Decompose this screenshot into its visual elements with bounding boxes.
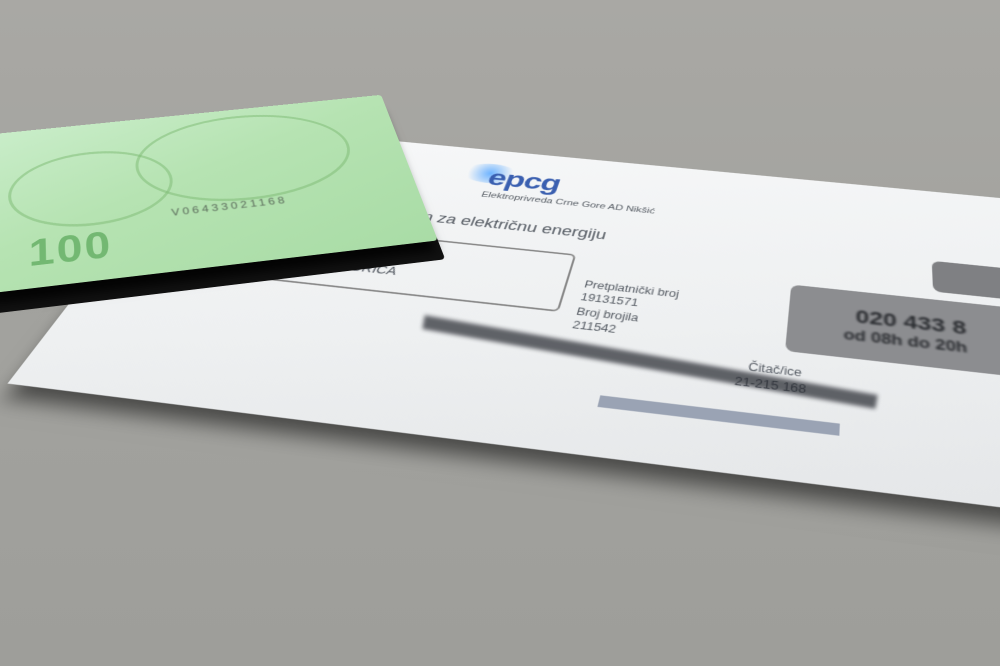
company-subtitle: Elektroprivreda Crne Gore AD Nikšić (480, 191, 656, 216)
banknote-denomination: 100 (28, 223, 114, 275)
meter-number: 211542 (571, 319, 617, 336)
photo-scene: epcg Elektroprivreda Crne Gore AD Nikšić… (0, 0, 1000, 666)
banknote: V06433021168 100 (0, 95, 438, 294)
info-box: 020 433 8 od 08h do 20h (785, 285, 1000, 386)
bill-stripe (597, 395, 839, 435)
